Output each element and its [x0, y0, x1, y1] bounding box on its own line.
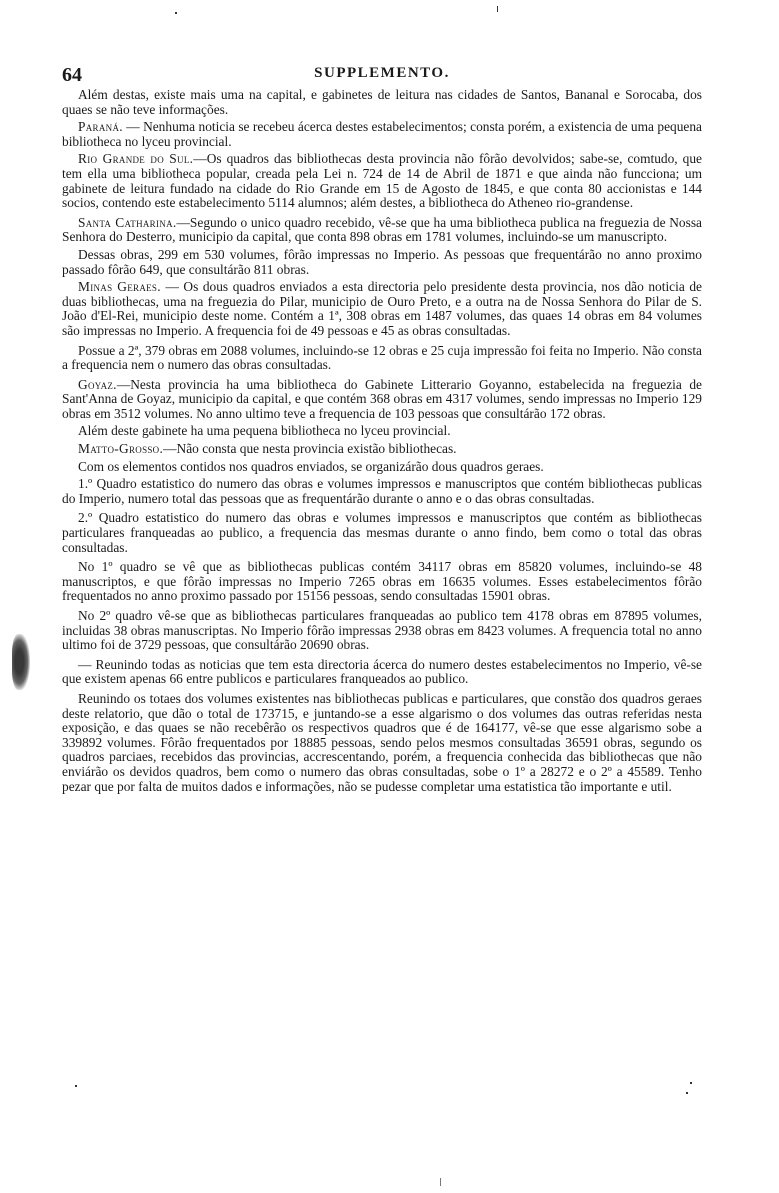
paragraph-matto-grosso: Matto-Grosso.—Não consta que nesta provi… [62, 442, 702, 457]
margin-ink-blot [12, 634, 30, 690]
province-heading: Minas Geraes. [78, 279, 161, 294]
paragraph-santa-catharina: Santa Catharina.—Segundo o unico quadro … [62, 216, 702, 245]
paragraph-quadro-1-summary: No 1º quadro se vê que as bibliothecas p… [62, 560, 702, 604]
paragraph-total-volumes: Reunindo os totaes dos volumes existente… [62, 692, 702, 794]
scan-speck [175, 12, 177, 14]
province-heading: Paraná. [78, 119, 123, 134]
paragraph-quadro-2-summary: No 2º quadro vê-se que as bibliothecas p… [62, 609, 702, 653]
paragraph-quadro-2-description: 2.º Quadro estatistico do numero das obr… [62, 511, 702, 555]
document-page: 64 SUPPLEMENTO. Além destas, existe mais… [62, 62, 702, 797]
scan-speck [690, 1082, 692, 1084]
paragraph-total-establishments: — Reunindo todas as noticias que tem est… [62, 658, 702, 687]
scan-speck [686, 1092, 688, 1094]
province-heading: Santa Catharina. [78, 215, 177, 230]
paragraph-parana: Paraná. — Nenhuma noticia se recebeu áce… [62, 120, 702, 149]
scan-speck [440, 1178, 441, 1186]
paragraph-quadros-geraes: Com os elementos contidos nos quadros en… [62, 460, 702, 475]
paragraph-quadro-1-description: 1.º Quadro estatistico do numero das obr… [62, 477, 702, 506]
paragraph-minas-geraes: Minas Geraes. — Os dous quadros enviados… [62, 280, 702, 338]
scan-speck [75, 1085, 77, 1087]
scan-speck [497, 6, 498, 12]
province-heading: Matto-Grosso. [78, 441, 163, 456]
paragraph-sao-paulo-extra: Além destas, existe mais uma na capital,… [62, 88, 702, 117]
paragraph-santa-catharina-obras: Dessas obras, 299 em 530 volumes, fôrão … [62, 248, 702, 277]
paragraph-goyaz-lyceu: Além deste gabinete ha uma pequena bibli… [62, 424, 702, 439]
province-heading: Rio Grande do Sul. [78, 151, 193, 166]
paragraph-rio-grande-do-sul: Rio Grande do Sul.—Os quadros das biblio… [62, 152, 702, 210]
running-title: SUPPLEMENTO. [62, 65, 702, 82]
paragraph-minas-geraes-second: Possue a 2ª, 379 obras em 2088 volumes, … [62, 344, 702, 373]
province-heading: Goyaz. [78, 377, 117, 392]
paragraph-goyaz: Goyaz.—Nesta provincia ha uma bibliothec… [62, 378, 702, 422]
running-head: 64 SUPPLEMENTO. [62, 62, 702, 88]
